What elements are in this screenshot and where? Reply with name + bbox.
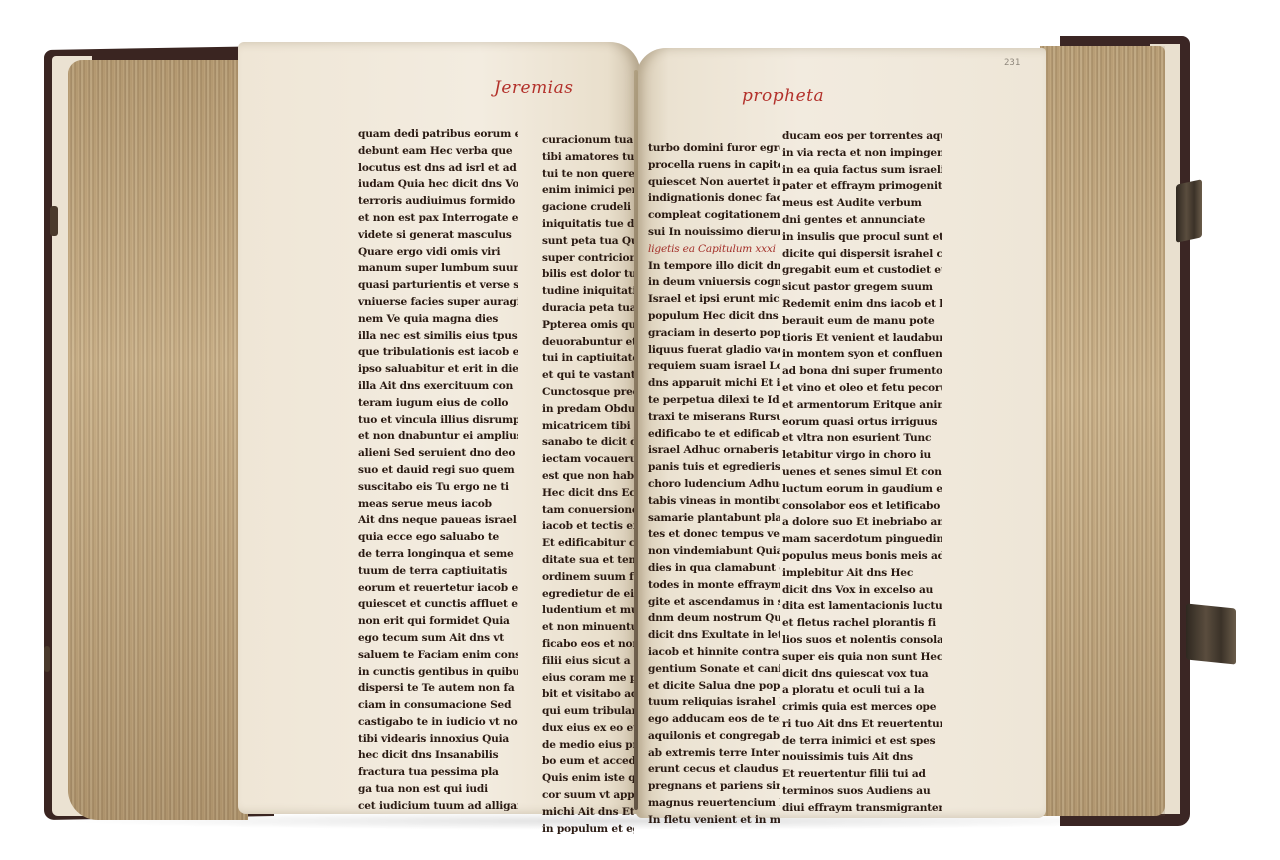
manuscript-line: enim inimici percussi te [542,182,634,199]
manuscript-line: et non minuentur et glori [542,619,634,636]
manuscript-line: sunt peta tua Quid clamas [542,233,634,250]
manuscript-line: ad bona dni super frumento [782,363,942,380]
manuscript-line: quam dedi patribus eorum et possi [358,126,518,143]
manuscript-line: ducam eos per torrentes aquarum [782,128,942,145]
manuscript-line: michi Ait dns Et eritis michi [542,804,634,821]
manuscript-line: dicit dns quiescat vox tua [782,666,942,683]
manuscript-line: quasi parturientis et verse sunt [358,277,518,294]
manuscript-line: traxi te miserans Rursumque [648,409,780,426]
manuscript-line: iacob et hinnite contra caput [648,644,780,661]
manuscript-line: deuorabuntur et vniuersi hostes [542,334,634,351]
manuscript-line: quiescet Non auertet iram [648,174,780,191]
manuscript-line: gite et ascendamus in syon ad [648,594,780,611]
manuscript-line: ludentium et multiplicabo [542,602,634,619]
manuscript-line: In fletu venient et in misericordia dedu… [648,812,780,829]
manuscript-line: populum Hec dicit dns Inuenit [648,308,780,325]
manuscript-line: bilis est dolor tuus pro [542,266,634,283]
manuscript-line: videte si generat masculus [358,227,518,244]
manuscript-line: terroris audiuimus formido [358,193,518,210]
manuscript-line: pregnans et pariens simul cetus [648,778,780,795]
manuscript-line: gentium Sonate et canite [648,661,780,678]
manuscript-line: mam sacerdotum pinguedine Et [782,531,942,548]
manuscript-line: tes et donec tempus veniat [648,526,780,543]
manuscript-line: cet iudicium tuum ad alligandum [358,798,518,815]
manuscript-line: israel Adhuc ornaberis tym [648,442,780,459]
manuscript-line: suscitabo eis Tu ergo ne ti [358,479,518,496]
manuscript-line: de terra inimici et est spes [782,733,942,750]
manuscript-line: et vino et oleo et fetu pecorum [782,380,942,397]
manuscript-line: et armentorum Eritque anima [782,397,942,414]
manuscript-line: filii eius sicut a principio [542,653,634,670]
manuscript-line: In tempore illo dicit dns ero [648,258,780,275]
manuscript-line: bo eum et accedet ad me [542,753,634,770]
manuscript-line: ri tuo Ait dns Et reuertentur [782,716,942,733]
manuscript-line: Ppterea omis qui comedunt [542,317,634,334]
manuscript-line: Quare ergo vidi omis viri [358,244,518,261]
manuscript-line: dies in qua clamabunt cus [648,560,780,577]
manuscript-line: consolabor eos et letificabo [782,498,942,515]
manuscript-line: diui effraym transmigrantem [782,800,942,817]
manuscript-line: tui in captiuitatem ducentur [542,350,634,367]
manuscript-line: ficabo eos et non attenuabuntur [542,636,634,653]
manuscript-line: fractura tua pessima pla [358,764,518,781]
manuscript-line: sanabo te dicit dns Quia [542,434,634,451]
manuscript-line: te perpetua dilexi te Ideo at [648,392,780,409]
manuscript-line: iacob et tectis eius miserebor [542,518,634,535]
manuscript-line: cor suum vt appropinquet [542,787,634,804]
manuscript-line: alieni Sed seruient dno deo [358,445,518,462]
manuscript-line: quiescet et cunctis affluet et [358,596,518,613]
manuscript-line: ego tecum sum Ait dns vt [358,630,518,647]
manuscript-line: debunt eam Hec verba que [358,143,518,160]
manuscript-line: micatricem tibi et a vulneribus [542,418,634,435]
manuscript-line: todes in monte effraym Sur [648,577,780,594]
manuscript-line: et non est pax Interrogate et [358,210,518,227]
manuscript-line: edificabo te et edificaberis virgo [648,426,780,443]
manuscript-line: dispersi te Te autem non fa [358,680,518,697]
manuscript-line: letabitur virgo in choro iu [782,447,942,464]
manuscript-line: eorum et reuertetur iacob et [358,580,518,597]
manuscript-line: berauit eum de manu pote [782,313,942,330]
manuscript-line: et qui te vastant vastabuntur [542,367,634,384]
manuscript-line: tudine iniquitatis tue [542,283,634,300]
manuscript-line: de medio eius producetur [542,737,634,754]
manuscript-line: indignationis donec faciat et [648,190,780,207]
manuscript-line: turbo domini furor egrediens [648,140,780,157]
manuscript-line: Et edificabitur ciuitas in [542,535,634,552]
manuscript-line: gacione crudeli propter multitudinem [542,199,634,216]
manuscript-line: illa Ait dns exercituum con [358,378,518,395]
manuscript-line: castigabo te in iudicio vt non [358,714,518,731]
manuscript-line: tibi amatores tui obliti [542,149,634,166]
manuscript-line: Quis enim iste qui applicet [542,770,634,787]
manuscript-line: a dolore suo Et inebriabo ani [782,514,942,531]
manuscript-line: tabis vineas in montibus [648,493,780,510]
manuscript-line: liquus fuerat gladio vadet ad [648,342,780,359]
manuscript-line: ligetis ea Capitulum xxxi [648,241,780,258]
manuscript-line: in populum et ego ero vobis in deum [542,821,634,838]
right-page-block-edges [1040,46,1165,816]
manuscript-line: qui eum tribulant Et erit [542,703,634,720]
manuscript-line: in insulis que procul sunt et [782,229,942,246]
manuscript-line: Redemit enim dns iacob et li [782,296,942,313]
manuscript-line: dux eius ex eo et princeps [542,720,634,737]
manuscript-line: dnm deum nostrum Quia hec [648,610,780,627]
manuscript-line: meus est Audite verbum [782,195,942,212]
manuscript-line: suo et dauid regi suo quem [358,462,518,479]
manuscript-line: a ploratu et oculi tui a la [782,682,942,699]
manuscript-line: que tribulationis est iacob et ex [358,344,518,361]
manuscript-line: est que non habebat requirentem [542,468,634,485]
manuscript-line: dita est lamentacionis luctus [782,598,942,615]
manuscript-line: iniquitatis tue dura fac [542,216,634,233]
manuscript-line: teram iugum eius de collo [358,395,518,412]
manuscript-line: procella ruens in capite impiorum [648,157,780,174]
folio-number: 231 [1004,58,1020,68]
manuscript-line: non erit qui formidet Quia [358,613,518,630]
running-head-left: Jeremias [494,78,573,98]
manuscript-line: tioris Et venient et laudabunt [782,330,942,347]
manuscript-line: erunt cecus et claudus [648,761,780,778]
manuscript-line: ipso saluabitur et erit in die [358,361,518,378]
manuscript-line: tui te non querent [542,166,634,183]
manuscript-line: in montem syon et confluent [782,346,942,363]
metal-clasp-top-icon [1176,179,1202,243]
manuscript-line: et vltra non esurient Tunc [782,430,942,447]
manuscript-line: ciam in consumacione Sed [358,697,518,714]
manuscript-line: compleat cogitationem cordis [648,207,780,224]
manuscript-line: tuum reliquias israhel Ecce [648,694,780,711]
manuscript-line: vniuerse facies super auragi [358,294,518,311]
manuscript-line: Israel et ipsi erunt michi in [648,291,780,308]
manuscript-photo: Jeremias propheta 231 quam dedi patribus… [0,0,1280,860]
manuscript-line: graciam in deserto populus qui re [648,325,780,342]
manuscript-line: terminos suos Audiens au [782,783,942,800]
manuscript-line: choro ludencium Adhuc plan [648,476,780,493]
manuscript-line: sicut pastor gregem suum [782,279,942,296]
manuscript-line: Hec dicit dns Ecce ego con [542,485,634,502]
manuscript-line: lios suos et nolentis consolari [782,632,942,649]
manuscript-line: gregabit eum et custodiet eum [782,262,942,279]
manuscript-line: tam conuersionem taber [542,502,634,519]
text-column-1: quam dedi patribus eorum et possidebunt … [358,126,518,815]
manuscript-line: et dicite Salua dne populum [648,678,780,695]
manuscript-line: in ea quia factus sum israeli [782,162,942,179]
manuscript-line: curacionum tua vtilitas [542,132,634,149]
manuscript-line: illa nec est similis eius tpus [358,328,518,345]
manuscript-line: nouissimis tuis Ait dns [782,749,942,766]
manuscript-line: magnus reuertencium huc [648,795,780,812]
manuscript-line: manum super lumbum suum [358,260,518,277]
manuscript-line: eorum quasi ortus irriguus [782,414,942,431]
manuscript-line: Ait dns neque paueas israel [358,512,518,529]
manuscript-line: samarie plantabunt planta [648,510,780,527]
manuscript-line: locutus est dns ad isrl et ad [358,160,518,177]
manuscript-line: et fletus rachel plorantis fi [782,615,942,632]
manuscript-line: ga tua non est qui iudi [358,781,518,798]
manuscript-line: dicit dns Exultate in leticia [648,627,780,644]
gutter [634,70,638,810]
manuscript-line: panis tuis et egredieris in [648,459,780,476]
manuscript-line: super eis quia non sunt Hec [782,649,942,666]
manuscript-line: in cunctis gentibus in quibus [358,664,518,681]
text-column-3: turbo domini furor egrediensprocella rue… [648,140,780,829]
manuscript-line: saluem te Faciam enim consumacionem [358,647,518,664]
manuscript-line: dicite qui dispersit israhel con [782,246,942,263]
manuscript-line: hec dicit dns Insanabilis [358,747,518,764]
manuscript-line: pater et effraym primogenitus [782,178,942,195]
manuscript-line: tibi videaris innoxius Quia [358,731,518,748]
manuscript-line: in deum vniuersis cognationibus [648,274,780,291]
manuscript-line: Et reuertentur filii tui ad [782,766,942,783]
manuscript-line: ab extremis terre Inter quos [648,745,780,762]
manuscript-line: dni gentes et annunciate [782,212,942,229]
manuscript-line: crimis quia est merces ope [782,699,942,716]
manuscript-line: iudam Quia hec dicit dns Vocem [358,176,518,193]
manuscript-line: aquilonis et congregabo eos [648,728,780,745]
manuscript-line: ordinem suum fundabitur [542,569,634,586]
manuscript-line: bit et visitabo aduersum [542,686,634,703]
text-column-2: curacionum tua vtilitastibi amatores tui… [542,132,634,837]
running-head-right: propheta [742,86,824,106]
manuscript-line: uenes et senes simul Et conuertam [782,464,942,481]
manuscript-line: quia ecce ego saluabo te [358,529,518,546]
manuscript-line: eius coram me permanebit [542,670,634,687]
manuscript-line: tuum de terra captiuitatis [358,563,518,580]
manuscript-line: meas serue meus iacob [358,496,518,513]
clasp-catch-icon [44,646,50,672]
left-page-block-edges [68,60,248,820]
text-column-4: ducam eos per torrentes aquarumin via re… [782,128,942,817]
manuscript-line: dicit dns Vox in excelso au [782,582,942,599]
manuscript-line: dns apparuit michi Et in carita [648,375,780,392]
manuscript-line: et non dnabuntur ei amplius [358,428,518,445]
metal-clasp-bottom-icon [1186,603,1236,664]
manuscript-line: de terra longinqua et seme [358,546,518,563]
manuscript-line: implebitur Ait dns Hec [782,565,942,582]
manuscript-line: egredietur de eis laus [542,586,634,603]
manuscript-line: nem Ve quia magna dies [358,311,518,328]
manuscript-line: populus meus bonis meis ad [782,548,942,565]
manuscript-line: Cunctosque predatores tuos [542,384,634,401]
manuscript-line: duracia peta tua feci [542,300,634,317]
manuscript-line: iectam vocauerunt syon [542,451,634,468]
manuscript-line: ego adducam eos de terra [648,711,780,728]
manuscript-line: ditate sua et templum [542,552,634,569]
manuscript-line: in via recta et non impingent [782,145,942,162]
manuscript-line: requiem suam israel Longe [648,358,780,375]
manuscript-line: super contricione tua insa [542,250,634,267]
manuscript-line: sui In nouissimo dierum intel [648,224,780,241]
manuscript-line: tuo et vincula illius disrumpam [358,412,518,429]
manuscript-line: non vindemiabunt Quia erit [648,543,780,560]
manuscript-line: in predam Obducam enim [542,401,634,418]
clasp-catch-icon [50,206,58,236]
manuscript-line: luctum eorum in gaudium et [782,481,942,498]
